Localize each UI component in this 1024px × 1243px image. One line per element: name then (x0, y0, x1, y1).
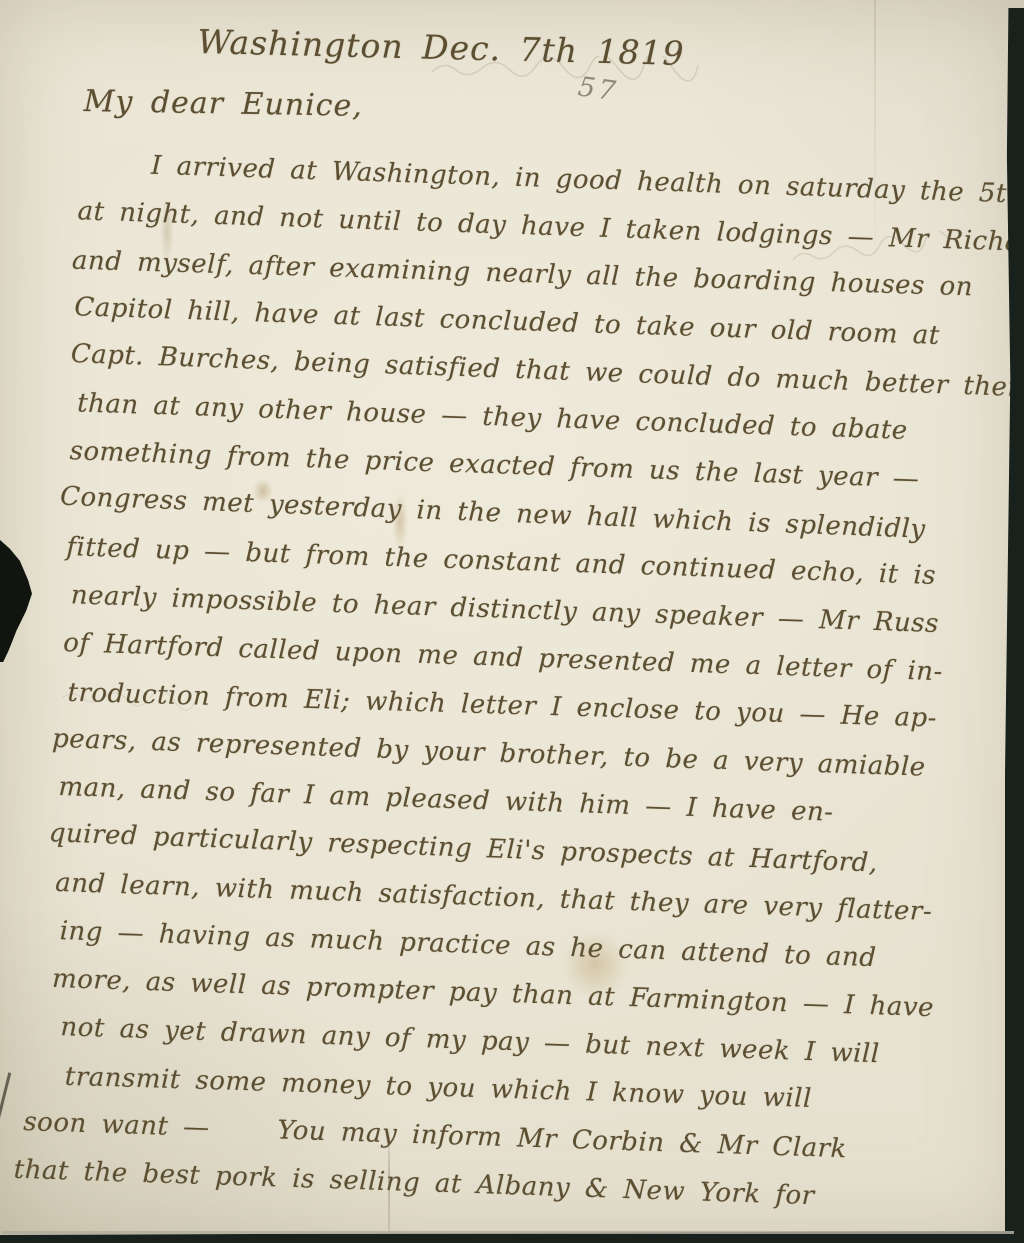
letter-body: I arrived at Washington, in good health … (0, 137, 1023, 1226)
fold-crease (388, 1120, 390, 1238)
paper-edge-line (2, 1231, 1014, 1234)
letter-page: Washington Dec. 7th 1819 57 My dear Euni… (0, 0, 1024, 1243)
letter-dateline: Washington Dec. 7th 1819 (197, 22, 685, 73)
letter-salutation: My dear Eunice, (83, 84, 363, 124)
pencil-page-number: 57 (576, 71, 620, 107)
scan-edge-right (1005, 8, 1024, 1243)
